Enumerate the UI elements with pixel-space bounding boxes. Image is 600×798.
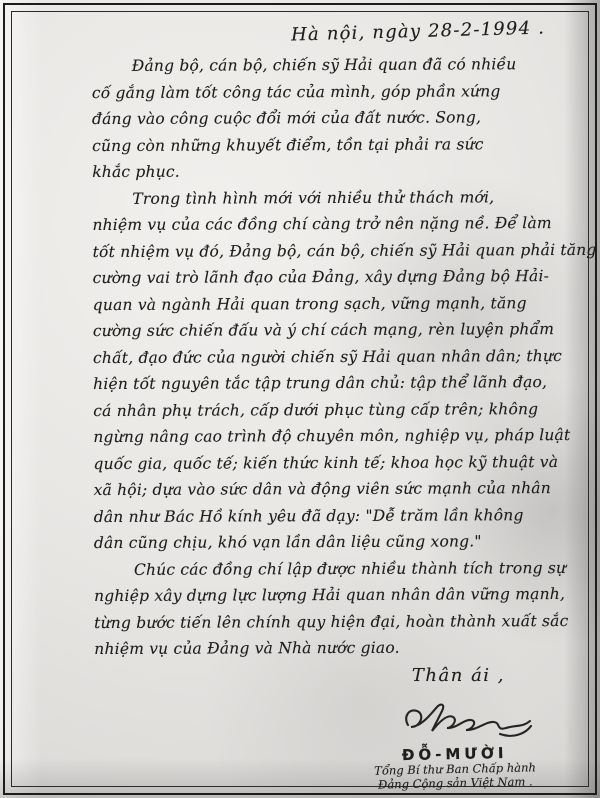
handwritten-line: dân như Bác Hồ kính yêu đã dạy: "Dễ trăm… <box>94 501 575 530</box>
paragraph-1: Đảng bộ, cán bộ, chiến sỹ Hải quan đã có… <box>92 51 574 186</box>
handwritten-line: chất, đạo đức của người chiến sỹ Hải qua… <box>93 342 574 371</box>
handwritten-line: nghiệp xây dựng lực lượng Hải quan nhân … <box>94 581 575 610</box>
scanned-letter-page: { "letter": { "dateline": "Hà nội, ngày … <box>0 0 600 798</box>
closing-salutation: Thân ái , <box>412 665 505 686</box>
handwritten-line: cá nhân phụ trách, cấp dưới phục tùng cấ… <box>93 395 574 424</box>
signature-scribble <box>400 698 535 742</box>
handwritten-line: xã hội; dựa vào sức dân và động viên sức… <box>94 475 575 504</box>
handwritten-line: cường sức chiến đấu và ý chí cách mạng, … <box>93 316 574 345</box>
handwritten-line: Đảng bộ, cán bộ, chiến sỹ Hải quan đã có… <box>92 51 573 80</box>
handwritten-line: nhiệm vụ của Đảng và Nhà nước giao. <box>94 634 575 663</box>
handwritten-line: nhiệm vụ của các đồng chí càng trở nên n… <box>92 210 573 239</box>
handwritten-line: Trong tình hình mới với nhiều thử thách … <box>92 183 573 212</box>
signatory-block: ĐỖ-MƯỜI Tổng Bí thư Ban Chấp hành Đảng C… <box>320 742 591 793</box>
letter-body: Đảng bộ, cán bộ, chiến sỹ Hải quan đã có… <box>92 51 576 663</box>
handwritten-line: hiện tốt nguyên tắc tập trung dân chủ: t… <box>93 369 574 398</box>
handwritten-line: khắc phục. <box>92 157 573 186</box>
handwritten-line: cường vai trò lãnh đạo của Đảng, xây dựn… <box>93 263 574 292</box>
handwritten-line: quan và ngành Hải quan trong sạch, vững … <box>93 289 574 318</box>
handwritten-line: cũng còn những khuyết điểm, tồn tại phải… <box>92 130 573 159</box>
paragraph-2: Trong tình hình mới với nhiều thử thách … <box>92 183 575 556</box>
handwritten-line: dân cũng chịu, khó vạn lần dân liệu cũng… <box>94 528 575 557</box>
handwritten-line: quốc gia, quốc tế; kiến thức kinh tế; kh… <box>93 448 574 477</box>
handwritten-line: Chúc các đồng chí lập được nhiều thành t… <box>94 554 575 583</box>
handwritten-line: cố gắng làm tốt công tác của mình, góp p… <box>92 77 573 106</box>
paragraph-3: Chúc các đồng chí lập được nhiều thành t… <box>94 554 575 662</box>
handwritten-line: đáng vào công cuộc đổi mới của đất nước.… <box>92 104 573 133</box>
dateline: Hà nội, ngày 28-2-1994 . <box>291 17 546 45</box>
handwritten-line: tốt nhiệm vụ đó, Đảng bộ, cán bộ, chiến … <box>92 236 573 265</box>
handwritten-line: ngừng nâng cao trình độ chuyên môn, nghi… <box>93 422 574 451</box>
handwritten-line: từng bước tiến lên chính quy hiện đại, h… <box>94 607 575 636</box>
